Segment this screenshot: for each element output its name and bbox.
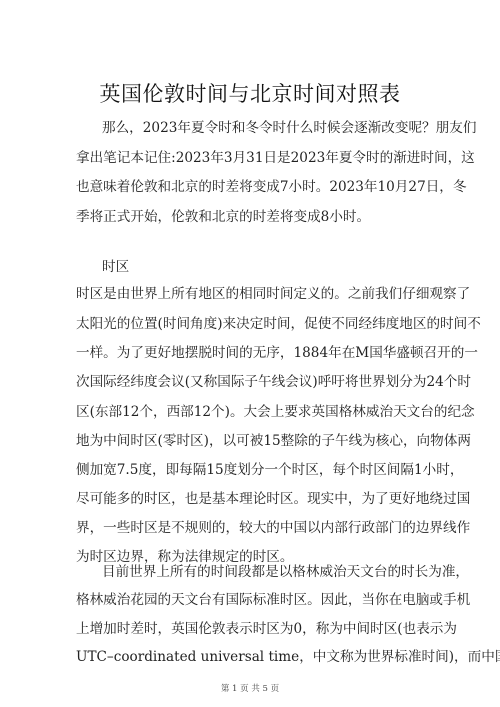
text-line: 界，一些时区是不规则的，较大的中国以内部行政部门的边界线作 bbox=[76, 516, 470, 536]
text-line: 地为中间时区(零时区)，以可被15整除的子午线为核心，向物体两 bbox=[76, 429, 471, 449]
text-line: 尽可能多的时区，也是基本理论时区。现实中，为了更好地绕过国 bbox=[76, 487, 470, 507]
text-line: 侧加宽7.5度，即每隔15度划分一个时区，每个时区间隔1小时， bbox=[76, 458, 463, 478]
page-footer: 第 1 页 共 5 页 bbox=[0, 682, 500, 694]
text-line: 拿出笔记本记住:2023年3月31日是2023年夏令时的渐进时间，这 bbox=[76, 146, 475, 166]
text-line: 次国际经纬度会议(又称国际子午线会议)呼吁将世界划分为24个时 bbox=[76, 370, 471, 390]
text-line: 季将正式开始，伦敦和北京的时差将变成8小时。 bbox=[76, 205, 370, 225]
text-line: 也意味着伦敦和北京的时差将变成7小时。2023年10月27日，冬 bbox=[76, 175, 467, 195]
text-line: 一样。为了更好地摆脱时间的无序，1884年在M国华盛顿召开的一 bbox=[76, 341, 478, 361]
text-line: 太阳光的位置(时间角度)来决定时间，促使不同经纬度地区的时间不 bbox=[76, 312, 481, 332]
text-line: 那么，2023年夏令时和冬令时什么时候会逐渐改变呢？朋友们 bbox=[102, 116, 476, 136]
text-line: UTC–coordinated universal time，中文称为世界标准时… bbox=[76, 645, 500, 665]
text-line: 时区是由世界上所有地区的相同时间定义的。之前我们仔细观察了 bbox=[76, 282, 470, 302]
text-line: 上增加时差时，英国伦敦表示时区为0，称为中间时区(也表示为 bbox=[76, 617, 457, 637]
text-line: 目前世界上所有的时间段都是以格林威治天文台的时长为准， bbox=[102, 560, 469, 580]
text-line: 格林威治花园的天文台有国际标准时区。因此，当你在电脑或手机 bbox=[76, 588, 470, 608]
document-title: 英国伦敦时间与北京时间对照表 bbox=[0, 78, 500, 108]
text-line: 时区 bbox=[102, 255, 129, 275]
document-page: 英国伦敦时间与北京时间对照表 那么，2023年夏令时和冬令时什么时候会逐渐改变呢… bbox=[0, 0, 500, 707]
text-line: 区(东部12个，西部12个)。大会上要求英国格林威治天文台的纪念 bbox=[76, 400, 475, 420]
